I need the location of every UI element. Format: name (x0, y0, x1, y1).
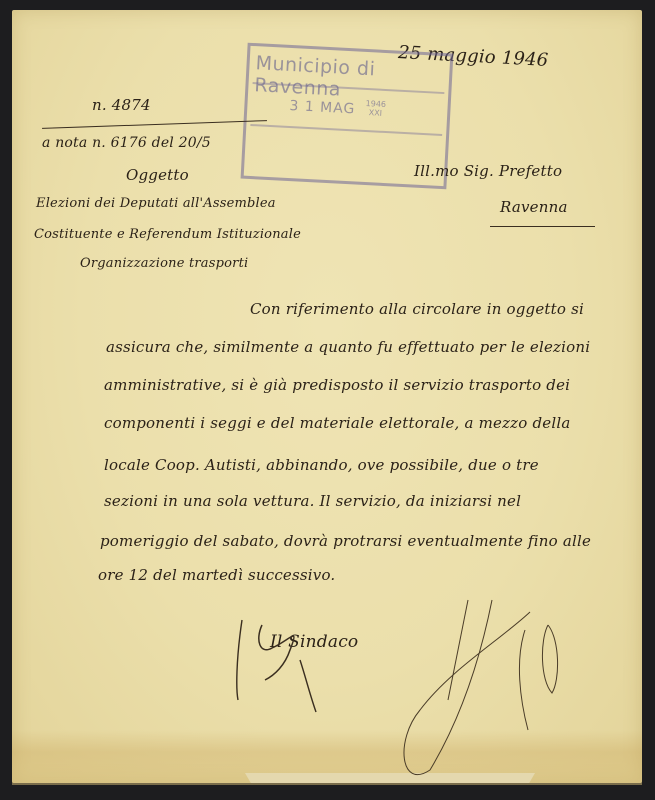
signature-icon (0, 0, 655, 800)
